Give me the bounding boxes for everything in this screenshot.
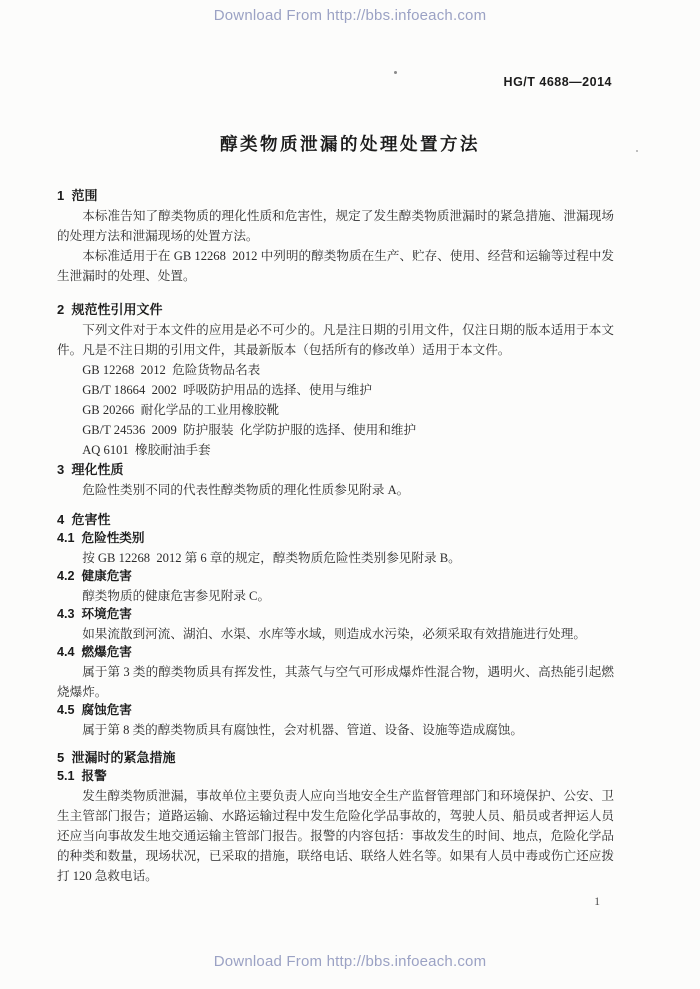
doc-number: HG/T 4688—2014: [504, 75, 612, 89]
section-4-4-heading: 4.4 燃爆危害: [57, 642, 614, 662]
reference-item: AQ 6101 橡胶耐油手套: [82, 440, 614, 460]
section-5-heading: 5 泄漏时的紧急措施: [57, 748, 614, 768]
watermark-top: Download From http://bbs.infoeach.com: [0, 7, 700, 24]
section-4-1-paragraph: 按 GB 12268 2012 第 6 章的规定，醇类物质危险性类别参见附录 B…: [57, 548, 614, 568]
page-number: 1: [594, 896, 600, 908]
section-4-1-heading: 4.1 危险性类别: [57, 528, 614, 548]
section-3-paragraph-1: 危险性类别不同的代表性醇类物质的理化性质参见附录 A。: [57, 480, 614, 500]
section-4-3-paragraph: 如果流散到河流、湖泊、水渠、水库等水域，则造成水污染，必须采取有效措施进行处理。: [57, 624, 614, 644]
section-4-3-heading: 4.3 环境危害: [57, 604, 614, 624]
section-5-1-heading: 5.1 报警: [57, 766, 614, 786]
section-2-paragraph-1: 下列文件对于本文件的应用是必不可少的。凡是注日期的引用文件，仅注日期的版本适用于…: [57, 320, 614, 360]
section-4-2-heading: 4.2 健康危害: [57, 566, 614, 586]
section-1-paragraph-2: 本标准适用于在 GB 12268 2012 中列明的醇类物质在生产、贮存、使用、…: [57, 246, 614, 286]
section-4-heading: 4 危害性: [57, 510, 614, 530]
section-5-1-paragraph: 发生醇类物质泄漏，事故单位主要负责人应向当地安全生产监督管理部门和环境保护、公安…: [57, 786, 614, 886]
reference-item: GB/T 18664 2002 呼吸防护用品的选择、使用与维护: [82, 380, 614, 400]
watermark-bottom: Download From http://bbs.infoeach.com: [0, 953, 700, 970]
section-4-5-paragraph: 属于第 8 类的醇类物质具有腐蚀性，会对机器、管道、设备、设施等造成腐蚀。: [57, 720, 614, 740]
section-2-heading: 2 规范性引用文件: [57, 300, 614, 320]
section-1-heading: 1 范围: [57, 186, 614, 206]
reference-item: GB 20266 耐化学品的工业用橡胶靴: [82, 400, 614, 420]
section-4-5-heading: 4.5 腐蚀危害: [57, 700, 614, 720]
section-4-2-paragraph: 醇类物质的健康危害参见附录 C。: [57, 586, 614, 606]
scan-speck: [394, 71, 397, 74]
section-4-4-paragraph: 属于第 3 类的醇类物质具有挥发性，其蒸气与空气可形成爆炸性混合物，遇明火、高热…: [57, 662, 614, 702]
document-page: Download From http://bbs.infoeach.com HG…: [0, 0, 700, 989]
reference-item: GB 12268 2012 危险货物品名表: [82, 360, 614, 380]
section-1-paragraph-1: 本标准告知了醇类物质的理化性质和危害性，规定了发生醇类物质泄漏时的紧急措施、泄漏…: [57, 206, 614, 246]
reference-item: GB/T 24536 2009 防护服装 化学防护服的选择、使用和维护: [82, 420, 614, 440]
document-title: 醇类物质泄漏的处理处置方法: [0, 131, 700, 156]
section-3-heading: 3 理化性质: [57, 460, 614, 480]
document-body: 1 范围 本标准告知了醇类物质的理化性质和危害性，规定了发生醇类物质泄漏时的紧急…: [57, 186, 614, 886]
